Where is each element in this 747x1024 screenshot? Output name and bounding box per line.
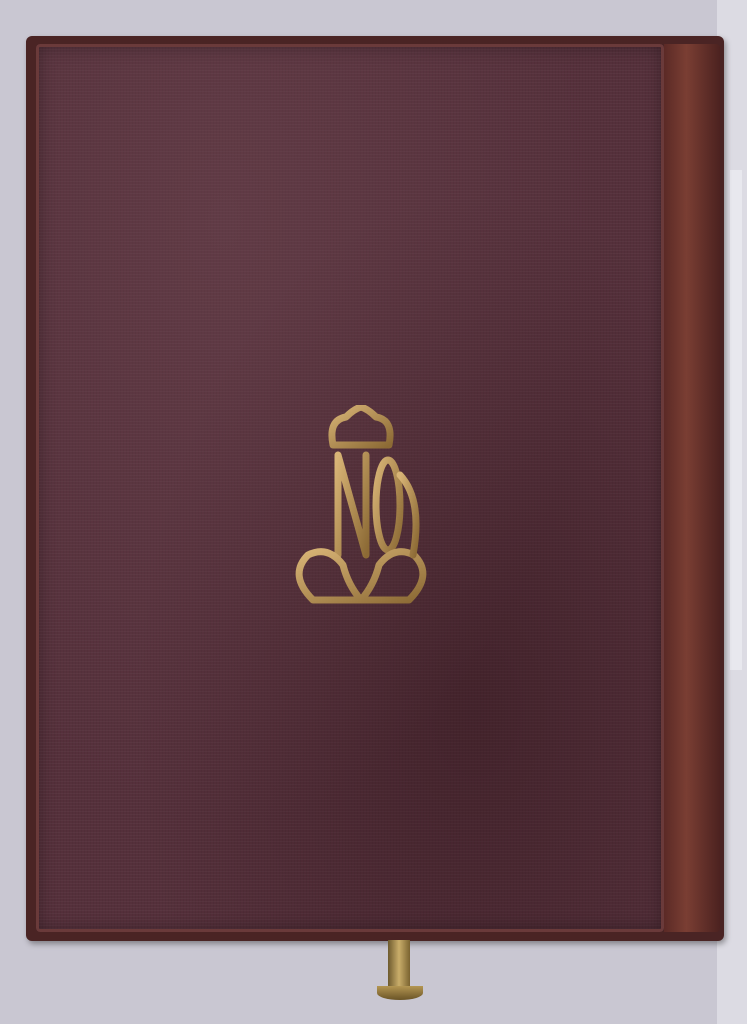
brass-pin	[388, 940, 410, 988]
brass-pin-head	[377, 986, 423, 1000]
background-strip	[730, 170, 742, 670]
box-side-edge	[664, 44, 720, 932]
svg-text:NIO: NIO	[351, 507, 372, 518]
monogram-emblem-icon: NIO	[288, 405, 434, 605]
